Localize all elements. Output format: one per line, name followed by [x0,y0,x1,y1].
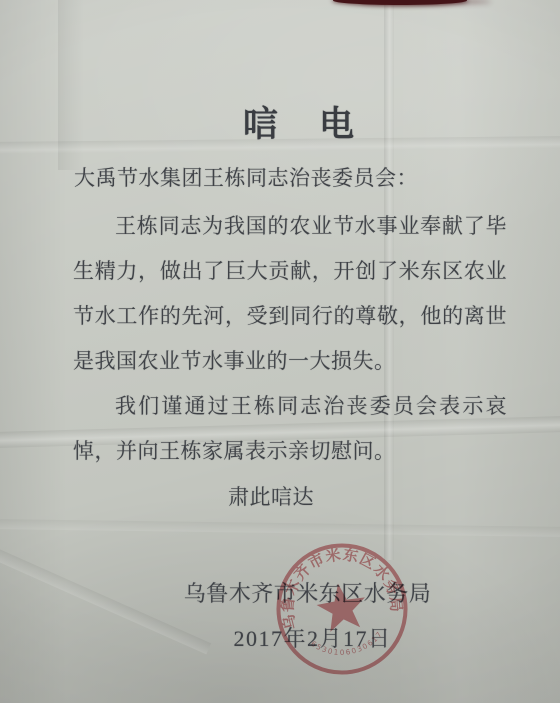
star-icon [314,580,370,634]
condolence-letter-photo: 唁 电 大禹节水集团王栋同志治丧委员会： 王栋同志为我国的农业节水事业奉献了毕生… [0,0,560,703]
letter-body: 王栋同志为我国的农业节水事业奉献了毕生精力，做出了巨大贡献，开创了米东区农业节水… [73,204,507,474]
salutation-line: 大禹节水集团王栋同志治丧委员会： [74,162,418,192]
paragraph-2: 我们谨通过王栋同志治丧委员会表示哀悼，并向王栋家属表示亲切慰问。 [73,384,507,474]
paper-crease-horizontal-lower [0,519,560,537]
dark-red-edge-object [333,0,467,5]
seal-serial-container: 6530106030617 [308,628,387,662]
closing-phrase: 肃此唁达 [228,481,314,511]
paragraph-1: 王栋同志为我国的农业节水事业奉献了毕生精力，做出了巨大贡献，开创了米东区农业节水… [73,204,507,384]
official-red-seal: 乌鲁木齐市米东区水务局 6530106030617 [253,520,431,698]
document-title: 唁 电 [40,97,560,147]
seal-serial-number: 6530106030617 [308,628,387,662]
